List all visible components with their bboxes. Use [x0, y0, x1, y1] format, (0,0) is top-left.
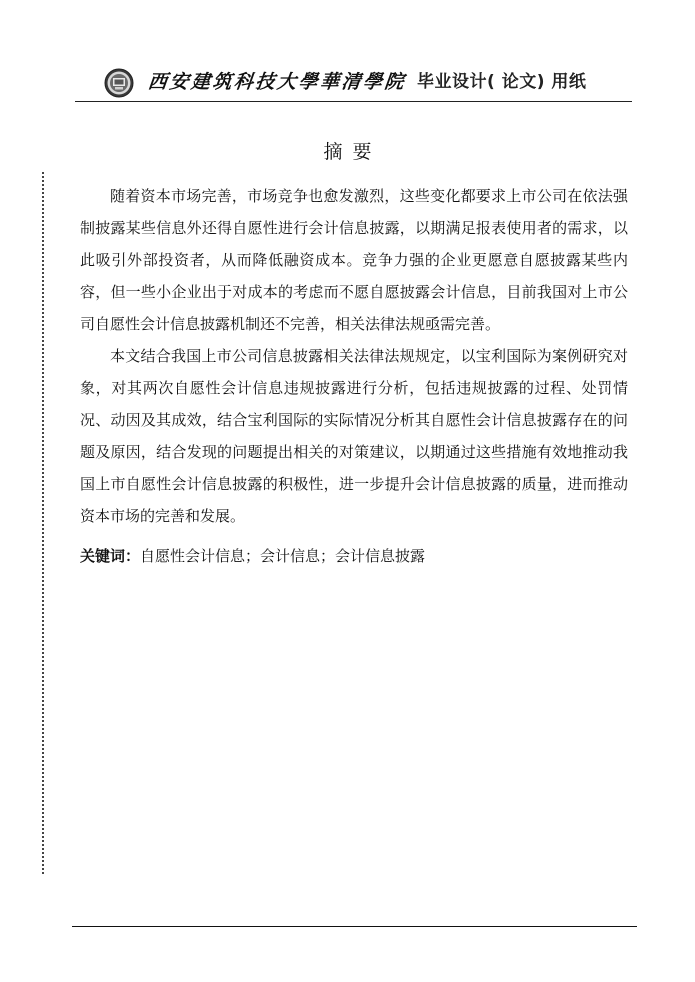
- school-name: 西安建筑科技大學華清學院: [147, 69, 408, 95]
- page-title: 摘要: [0, 139, 695, 165]
- keywords-label: 关键词：: [80, 547, 140, 565]
- paper-type-label: 毕业设计( 论文) 用纸: [417, 70, 586, 94]
- header-content: 西安建筑科技大學華清學院 毕业设计( 论文) 用纸: [75, 64, 632, 102]
- binding-dotted-line: [42, 172, 44, 874]
- keywords-values: 自愿性会计信息；会计信息；会计信息披露: [140, 547, 425, 565]
- abstract-paragraph-1: 随着资本市场完善，市场竞争也愈发激烈，这些变化都要求上市公司在依法强制披露某些信…: [80, 180, 628, 340]
- paragraph-text: 本文结合我国上市公司信息披露相关法律法规规定，以宝利国际为案例研究对象，对其两次…: [80, 340, 628, 532]
- footer-divider: [72, 926, 637, 927]
- abstract-paragraph-2: 本文结合我国上市公司信息披露相关法律法规规定，以宝利国际为案例研究对象，对其两次…: [80, 340, 628, 532]
- header-divider: [75, 101, 632, 102]
- university-seal-icon: [104, 68, 134, 98]
- keywords-line: 关键词：自愿性会计信息；会计信息；会计信息披露: [80, 544, 425, 568]
- page-header: 西安建筑科技大學華清學院 毕业设计( 论文) 用纸: [0, 0, 695, 110]
- paragraph-text: 随着资本市场完善，市场竞争也愈发激烈，这些变化都要求上市公司在依法强制披露某些信…: [80, 180, 628, 340]
